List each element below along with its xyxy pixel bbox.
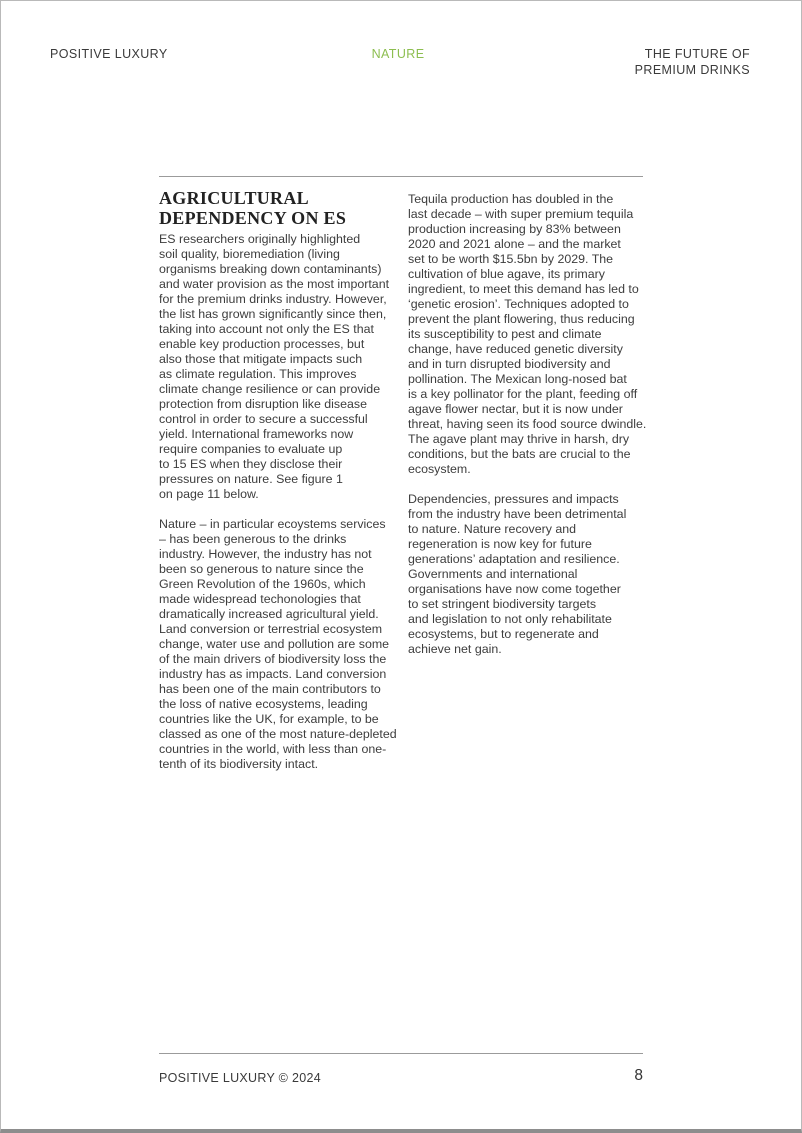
footer-rule [159,1053,643,1054]
article-right-column: Tequila production has doubled in the la… [408,192,660,657]
article-left-column: AGRICULTURAL DEPENDENCY ON ES ES researc… [159,188,408,772]
document-page: POSITIVE LUXURY NATURE THE FUTURE OF PRE… [0,0,802,1133]
right-paragraph-2: Dependencies, pressures and impacts from… [408,492,660,657]
left-paragraph-2: Nature – in particular ecoystems service… [159,517,408,772]
article-heading: AGRICULTURAL DEPENDENCY ON ES [159,188,408,228]
header-report-title: THE FUTURE OF PREMIUM DRINKS [635,47,750,78]
page-number: 8 [159,1067,643,1085]
heading-rule [159,176,643,177]
right-paragraph-1: Tequila production has doubled in the la… [408,192,660,477]
left-paragraph-1: ES researchers originally highlighted so… [159,232,408,502]
